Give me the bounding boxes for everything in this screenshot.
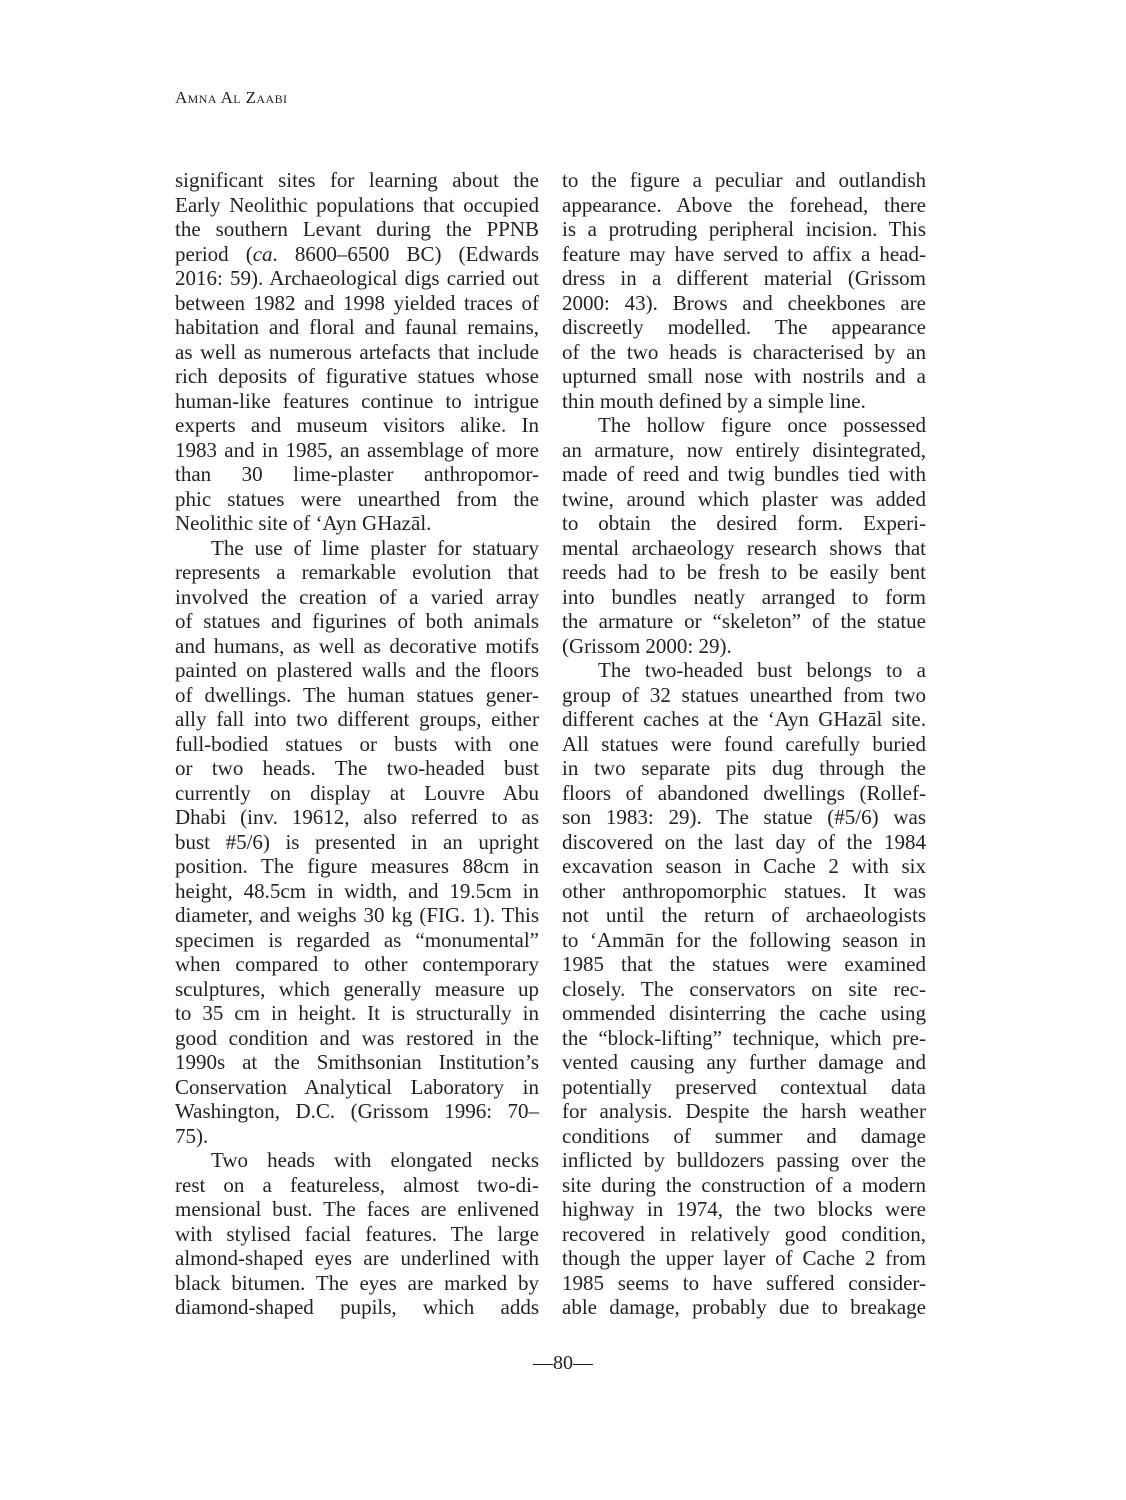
text-line: of statues and figurines of both animals <box>175 609 539 634</box>
text-line: discreetly modelled. The appearance <box>562 315 926 340</box>
text-line: habitation and floral and faunal remains… <box>175 315 539 340</box>
text-line: highway in 1974, the two blocks were <box>562 1197 926 1222</box>
text-line: full-bodied statues or busts with one <box>175 732 539 757</box>
text-line: significant sites for learning about the <box>175 168 539 193</box>
text-line: Dhabi (inv. 19612, also referred to as <box>175 805 539 830</box>
text-line: when compared to other contemporary <box>175 952 539 977</box>
text-line: dress in a different material (Grissom <box>562 266 926 291</box>
right-column: to the figure a peculiar and outlandisha… <box>562 168 926 1320</box>
page-number: —80— <box>0 1352 1126 1375</box>
text-line: than 30 lime-plaster anthropomor- <box>175 462 539 487</box>
text-line: 1985 that the statues were examined <box>562 952 926 977</box>
text-line: to 35 cm in height. It is structurally i… <box>175 1001 539 1026</box>
text-line: good condition and was restored in the <box>175 1026 539 1051</box>
text-line: for analysis. Despite the harsh weather <box>562 1099 926 1124</box>
text-line: though the upper layer of Cache 2 from <box>562 1246 926 1271</box>
text-line: closely. The conservators on site rec- <box>562 977 926 1002</box>
text-line: The hollow figure once possessed <box>562 413 926 438</box>
text-line: position. The figure measures 88cm in <box>175 854 539 879</box>
text-line: height, 48.5cm in width, and 19.5cm in <box>175 879 539 904</box>
text-line: reeds had to be fresh to be easily bent <box>562 560 926 585</box>
text-line: represents a remarkable evolution that <box>175 560 539 585</box>
text-line: The use of lime plaster for statuary <box>175 536 539 561</box>
text-line: into bundles neatly arranged to form <box>562 585 926 610</box>
text-line: diamond-shaped pupils, which adds <box>175 1295 539 1320</box>
text-line: to obtain the desired form. Experi- <box>562 511 926 536</box>
text-line: feature may have served to affix a head- <box>562 242 926 267</box>
text-line: inflicted by bulldozers passing over the <box>562 1148 926 1173</box>
left-column: significant sites for learning about the… <box>175 168 539 1320</box>
text-line: 1985 seems to have suffered consider- <box>562 1271 926 1296</box>
text-line: 1990s at the Smithsonian Institution’s <box>175 1050 539 1075</box>
text-line: Two heads with elongated necks <box>175 1148 539 1173</box>
text-line: group of 32 statues unearthed from two <box>562 683 926 708</box>
text-line: able damage, probably due to breakage <box>562 1295 926 1320</box>
text-line: upturned small nose with nostrils and a <box>562 364 926 389</box>
text-line: of dwellings. The human statues gener- <box>175 683 539 708</box>
text-line: the “block-lifting” technique, which pre… <box>562 1026 926 1051</box>
text-line: painted on plastered walls and the floor… <box>175 658 539 683</box>
text-line: between 1982 and 1998 yielded traces of <box>175 291 539 316</box>
text-line: mensional bust. The faces are enlivened <box>175 1197 539 1222</box>
text-line: phic statues were unearthed from the <box>175 487 539 512</box>
text-line: is a protruding peripheral incision. Thi… <box>562 217 926 242</box>
text-line: conditions of summer and damage <box>562 1124 926 1149</box>
text-line: human-like features continue to intrigue <box>175 389 539 414</box>
text-line: to ʻAmmān for the following season in <box>562 928 926 953</box>
text-line: appearance. Above the forehead, there <box>562 193 926 218</box>
text-line: almond-shaped eyes are underlined with <box>175 1246 539 1271</box>
text-line: sculptures, which generally measure up <box>175 977 539 1002</box>
text-line: as well as numerous artefacts that inclu… <box>175 340 539 365</box>
text-line: mental archaeology research shows that <box>562 536 926 561</box>
text-line: not until the return of archaeologists <box>562 903 926 928</box>
text-line: an armature, now entirely disintegrated, <box>562 438 926 463</box>
text-line: recovered in relatively good condition, <box>562 1222 926 1247</box>
text-line: black bitumen. The eyes are marked by <box>175 1271 539 1296</box>
text-line: diameter, and weighs 30 kg (FIG. 1). Thi… <box>175 903 539 928</box>
text-line: other anthropomorphic statues. It was <box>562 879 926 904</box>
text-line: with stylised facial features. The large <box>175 1222 539 1247</box>
text-line: Conservation Analytical Laboratory in <box>175 1075 539 1100</box>
text-line: of the two heads is characterised by an <box>562 340 926 365</box>
text-line: (Grissom 2000: 29). <box>562 634 926 659</box>
text-line: 2000: 43). Brows and cheekbones are <box>562 291 926 316</box>
text-line: made of reed and twig bundles tied with <box>562 462 926 487</box>
text-line: and humans, as well as decorative motifs <box>175 634 539 659</box>
text-line: vented causing any further damage and <box>562 1050 926 1075</box>
text-line: Early Neolithic populations that occupie… <box>175 193 539 218</box>
text-line: period (ca. 8600–6500 BC) (Edwards <box>175 242 539 267</box>
text-line: site during the construction of a modern <box>562 1173 926 1198</box>
text-line: rich deposits of figurative statues whos… <box>175 364 539 389</box>
text-line: ally fall into two different groups, eit… <box>175 707 539 732</box>
text-line: experts and museum visitors alike. In <box>175 413 539 438</box>
text-line: 2016: 59). Archaeological digs carried o… <box>175 266 539 291</box>
text-line: discovered on the last day of the 1984 <box>562 830 926 855</box>
text-line: 1983 and in 1985, an assemblage of more <box>175 438 539 463</box>
document-page: Amna Al Zaabi significant sites for lear… <box>0 0 1126 1500</box>
text-line: currently on display at Louvre Abu <box>175 781 539 806</box>
text-line: or two heads. The two-headed bust <box>175 756 539 781</box>
text-line: son 1983: 29). The statue (#5/6) was <box>562 805 926 830</box>
text-line: The two-headed bust belongs to a <box>562 658 926 683</box>
text-line: 75). <box>175 1124 539 1149</box>
text-line: thin mouth defined by a simple line. <box>562 389 926 414</box>
text-line: potentially preserved contextual data <box>562 1075 926 1100</box>
text-line: bust #5/6) is presented in an upright <box>175 830 539 855</box>
text-line: the southern Levant during the PPNB <box>175 217 539 242</box>
text-line: Neolithic site of ʻAyn GHazāl. <box>175 511 539 536</box>
text-line: floors of abandoned dwellings (Rollef- <box>562 781 926 806</box>
text-line: ommended disinterring the cache using <box>562 1001 926 1026</box>
text-line: involved the creation of a varied array <box>175 585 539 610</box>
text-line: excavation season in Cache 2 with six <box>562 854 926 879</box>
text-line: the armature or “skeleton” of the statue <box>562 609 926 634</box>
text-line: All statues were found carefully buried <box>562 732 926 757</box>
text-line: to the figure a peculiar and outlandish <box>562 168 926 193</box>
text-line: rest on a featureless, almost two-di- <box>175 1173 539 1198</box>
running-head-author: Amna Al Zaabi <box>175 88 287 108</box>
text-line: different caches at the ʻAyn GHazāl site… <box>562 707 926 732</box>
text-line: in two separate pits dug through the <box>562 756 926 781</box>
text-line: specimen is regarded as “monumental” <box>175 928 539 953</box>
text-line: Washington, D.C. (Grissom 1996: 70– <box>175 1099 539 1124</box>
text-line: twine, around which plaster was added <box>562 487 926 512</box>
